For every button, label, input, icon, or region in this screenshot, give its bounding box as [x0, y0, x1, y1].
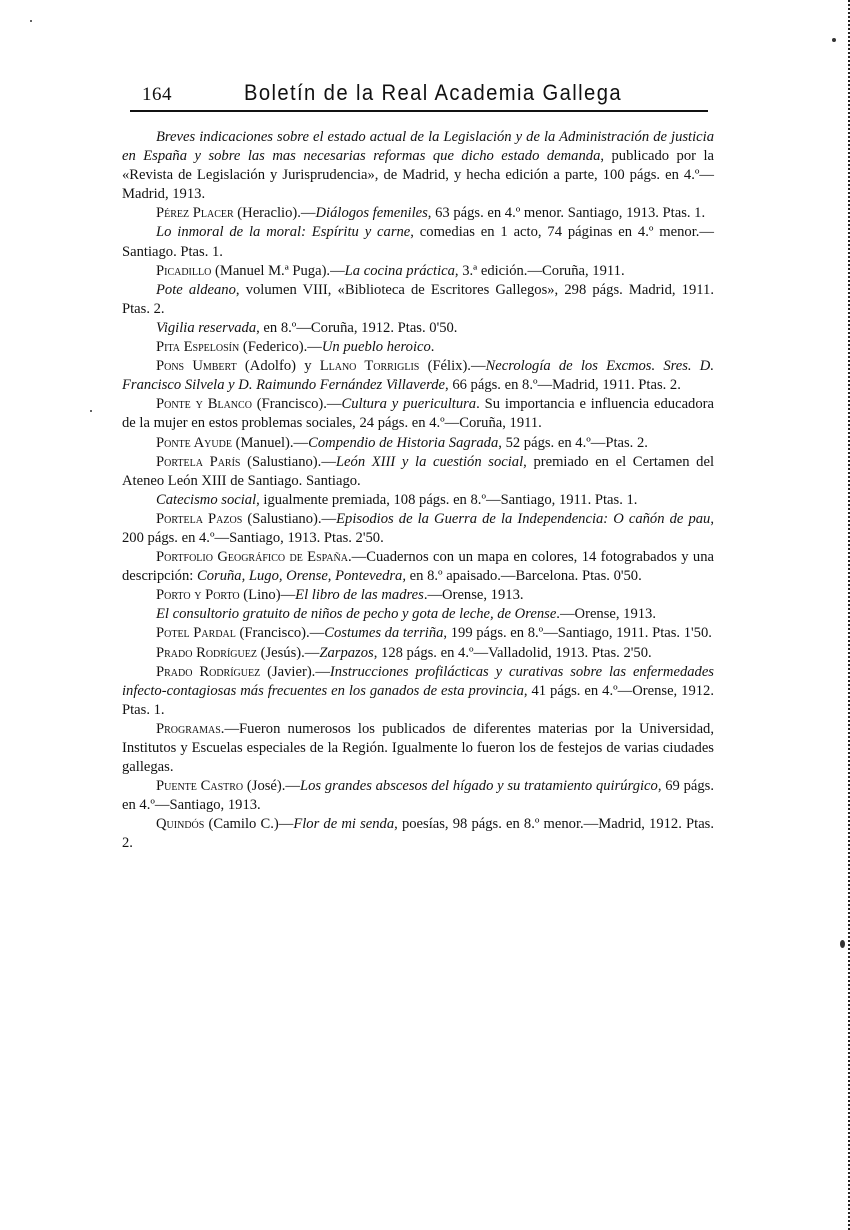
bibliography-entry: El consultorio gratuito de niños de pech…	[122, 605, 714, 624]
entry-title: Los grandes abscesos del hígado y su tra…	[300, 778, 658, 794]
entry-author: Porto y Porto	[156, 587, 240, 603]
entry-author-detail: (Manuel).—	[232, 435, 308, 451]
bibliography-entry: Quindós (Camilo C.)—Flor de mi senda, po…	[122, 815, 714, 853]
entry-title: Coruña, Lugo, Orense, Pontevedra,	[197, 568, 406, 584]
bibliography-entry: Lo inmoral de la moral: Espíritu y carne…	[122, 223, 714, 261]
entry-title: Vigilia reservada	[156, 320, 256, 336]
entry-author-detail: (Heraclio).—	[234, 205, 316, 221]
bibliography-entry: Ponte Ayude (Manuel).—Compendio de Histo…	[122, 434, 714, 453]
entry-details: , en 8.º—Coruña, 1912. Ptas. 0'50.	[256, 320, 457, 336]
entry-author: Portela París	[156, 454, 241, 470]
bibliography-entry: Portfolio Geográfico de España.—Cuaderno…	[122, 548, 714, 586]
entry-details: .—Orense, 1913.	[424, 587, 524, 603]
entry-author: Quindós	[156, 816, 204, 832]
entry-title: Catecismo social	[156, 492, 256, 508]
entry-author: Pons Umbert	[156, 358, 237, 374]
page-header: 164 Boletín de la Real Academia Gallega	[140, 80, 708, 110]
entry-title: Pote aldeano	[156, 282, 236, 298]
entry-title: Episodios de la Guerra de la Independenc…	[336, 511, 710, 527]
scan-speck	[832, 38, 836, 42]
entry-author-detail: (Salustiano).—	[242, 511, 336, 527]
entry-title: Cultura y puericultura	[342, 396, 477, 412]
bibliography-entry: Potel Pardal (Francisco).—Costumes da te…	[122, 624, 714, 643]
entry-details: , 63 págs. en 4.º menor. Santiago, 1913.…	[428, 205, 705, 221]
scan-speck	[840, 940, 845, 948]
entry-title: Lo inmoral de la moral: Espíritu y carne	[156, 224, 410, 240]
entry-author-detail: (José).—	[243, 778, 300, 794]
scan-speck	[30, 20, 32, 22]
entry-author-detail: (Javier).—	[260, 664, 330, 680]
bibliography-entry: Portela París (Salustiano).—León XIII y …	[122, 453, 714, 491]
entry-details: , igualmente premiada, 108 págs. en 8.º—…	[256, 492, 637, 508]
entry-title: Un pueblo heroico	[322, 339, 431, 355]
entry-author-detail: (Manuel M.ª Puga).—	[211, 263, 344, 279]
entry-author: Ponte y Blanco	[156, 396, 252, 412]
bibliography-entry: Vigilia reservada, en 8.º—Coruña, 1912. …	[122, 319, 714, 338]
entry-author: Llano Torriglis	[320, 358, 420, 374]
entry-author-detail: (Francisco).—	[252, 396, 342, 412]
entry-author-detail: (Adolfo) y	[237, 358, 320, 374]
bibliography-entry: Catecismo social, igualmente premiada, 1…	[122, 491, 714, 510]
bibliography-entry: Prado Rodríguez (Javier).—Instrucciones …	[122, 663, 714, 720]
bibliography-entry: Prado Rodríguez (Jesús).—Zarpazos, 128 p…	[122, 644, 714, 663]
entry-title: Compendio de Historia Sagrada	[308, 435, 498, 451]
bibliography-entry: Pérez Placer (Heraclio).—Diálogos femeni…	[122, 204, 714, 223]
entry-title: Costumes da terriña	[324, 625, 443, 641]
entry-author-detail: (Jesús).—	[257, 645, 319, 661]
scan-speck	[90, 410, 92, 412]
entry-author: Portfolio Geográfico de España	[156, 549, 348, 565]
entry-author-detail: (Salustiano).—	[241, 454, 336, 470]
entry-details: en 8.º apaisado.—Barcelona. Ptas. 0'50.	[406, 568, 642, 584]
entry-author-detail: (Lino)—	[240, 587, 296, 603]
entry-author: Pérez Placer	[156, 205, 234, 221]
bibliography-entry: Programas.—Fueron numerosos los publicad…	[122, 720, 714, 777]
bibliography-entry: Puente Castro (José).—Los grandes absces…	[122, 777, 714, 815]
entry-author: Prado Rodríguez	[156, 664, 260, 680]
bibliography-entry: Breves indicaciones sobre el estado actu…	[122, 128, 714, 204]
entry-author: Prado Rodríguez	[156, 645, 257, 661]
entry-author: Pita Espelosín	[156, 339, 239, 355]
entry-details: .	[431, 339, 435, 355]
bibliography-entry: Pons Umbert (Adolfo) y Llano Torriglis (…	[122, 357, 714, 395]
entry-author: Portela Pazos	[156, 511, 242, 527]
entry-author: Potel Pardal	[156, 625, 236, 641]
entry-author: Picadillo	[156, 263, 211, 279]
entry-details: , 52 págs. en 4.º—Ptas. 2.	[498, 435, 648, 451]
bibliography-entry: Porto y Porto (Lino)—El libro de las mad…	[122, 586, 714, 605]
entry-author-detail: (Francisco).—	[236, 625, 324, 641]
entry-title: León XIII y la cuestión social	[336, 454, 523, 470]
bibliography-entry: Pote aldeano, volumen VIII, «Biblioteca …	[122, 281, 714, 319]
entry-title: Zarpazos	[319, 645, 373, 661]
entry-details: , 128 págs. en 4.º—Valladolid, 1913. Pta…	[374, 645, 652, 661]
entry-details: , 3.ª edición.—Coruña, 1911.	[455, 263, 625, 279]
bibliography-list: Breves indicaciones sobre el estado actu…	[122, 128, 714, 854]
running-title: Boletín de la Real Academia Gallega	[244, 80, 622, 106]
entry-author-detail: (Félix).—	[419, 358, 485, 374]
entry-title: El consultorio gratuito de niños de pech…	[156, 606, 556, 622]
entry-author-detail: (Camilo C.)—	[204, 816, 293, 832]
page-number: 164	[142, 84, 172, 106]
entry-author: Ponte Ayude	[156, 435, 232, 451]
entry-title: El libro de las madres	[295, 587, 424, 603]
entry-details: , 199 págs. en 8.º—Santiago, 1911. Ptas.…	[443, 625, 711, 641]
entry-details: , 66 págs. en 8.º—Madrid, 1911. Ptas. 2.	[445, 377, 681, 393]
entry-author: Puente Castro	[156, 778, 243, 794]
entry-title: Diálogos femeniles	[316, 205, 428, 221]
bibliography-entry: Portela Pazos (Salustiano).—Episodios de…	[122, 510, 714, 548]
bibliography-entry: Ponte y Blanco (Francisco).—Cultura y pu…	[122, 395, 714, 433]
entry-details: .—Orense, 1913.	[556, 606, 656, 622]
bibliography-entry: Pita Espelosín (Federico).—Un pueblo her…	[122, 338, 714, 357]
entry-author: Programas	[156, 721, 221, 737]
bibliography-entry: Picadillo (Manuel M.ª Puga).—La cocina p…	[122, 262, 714, 281]
header-rule	[130, 110, 708, 112]
page-edge-scan-mark	[845, 0, 850, 1230]
entry-title: Flor de mi senda	[293, 816, 394, 832]
entry-title: La cocina práctica	[345, 263, 455, 279]
entry-author-detail: (Federico).—	[239, 339, 322, 355]
